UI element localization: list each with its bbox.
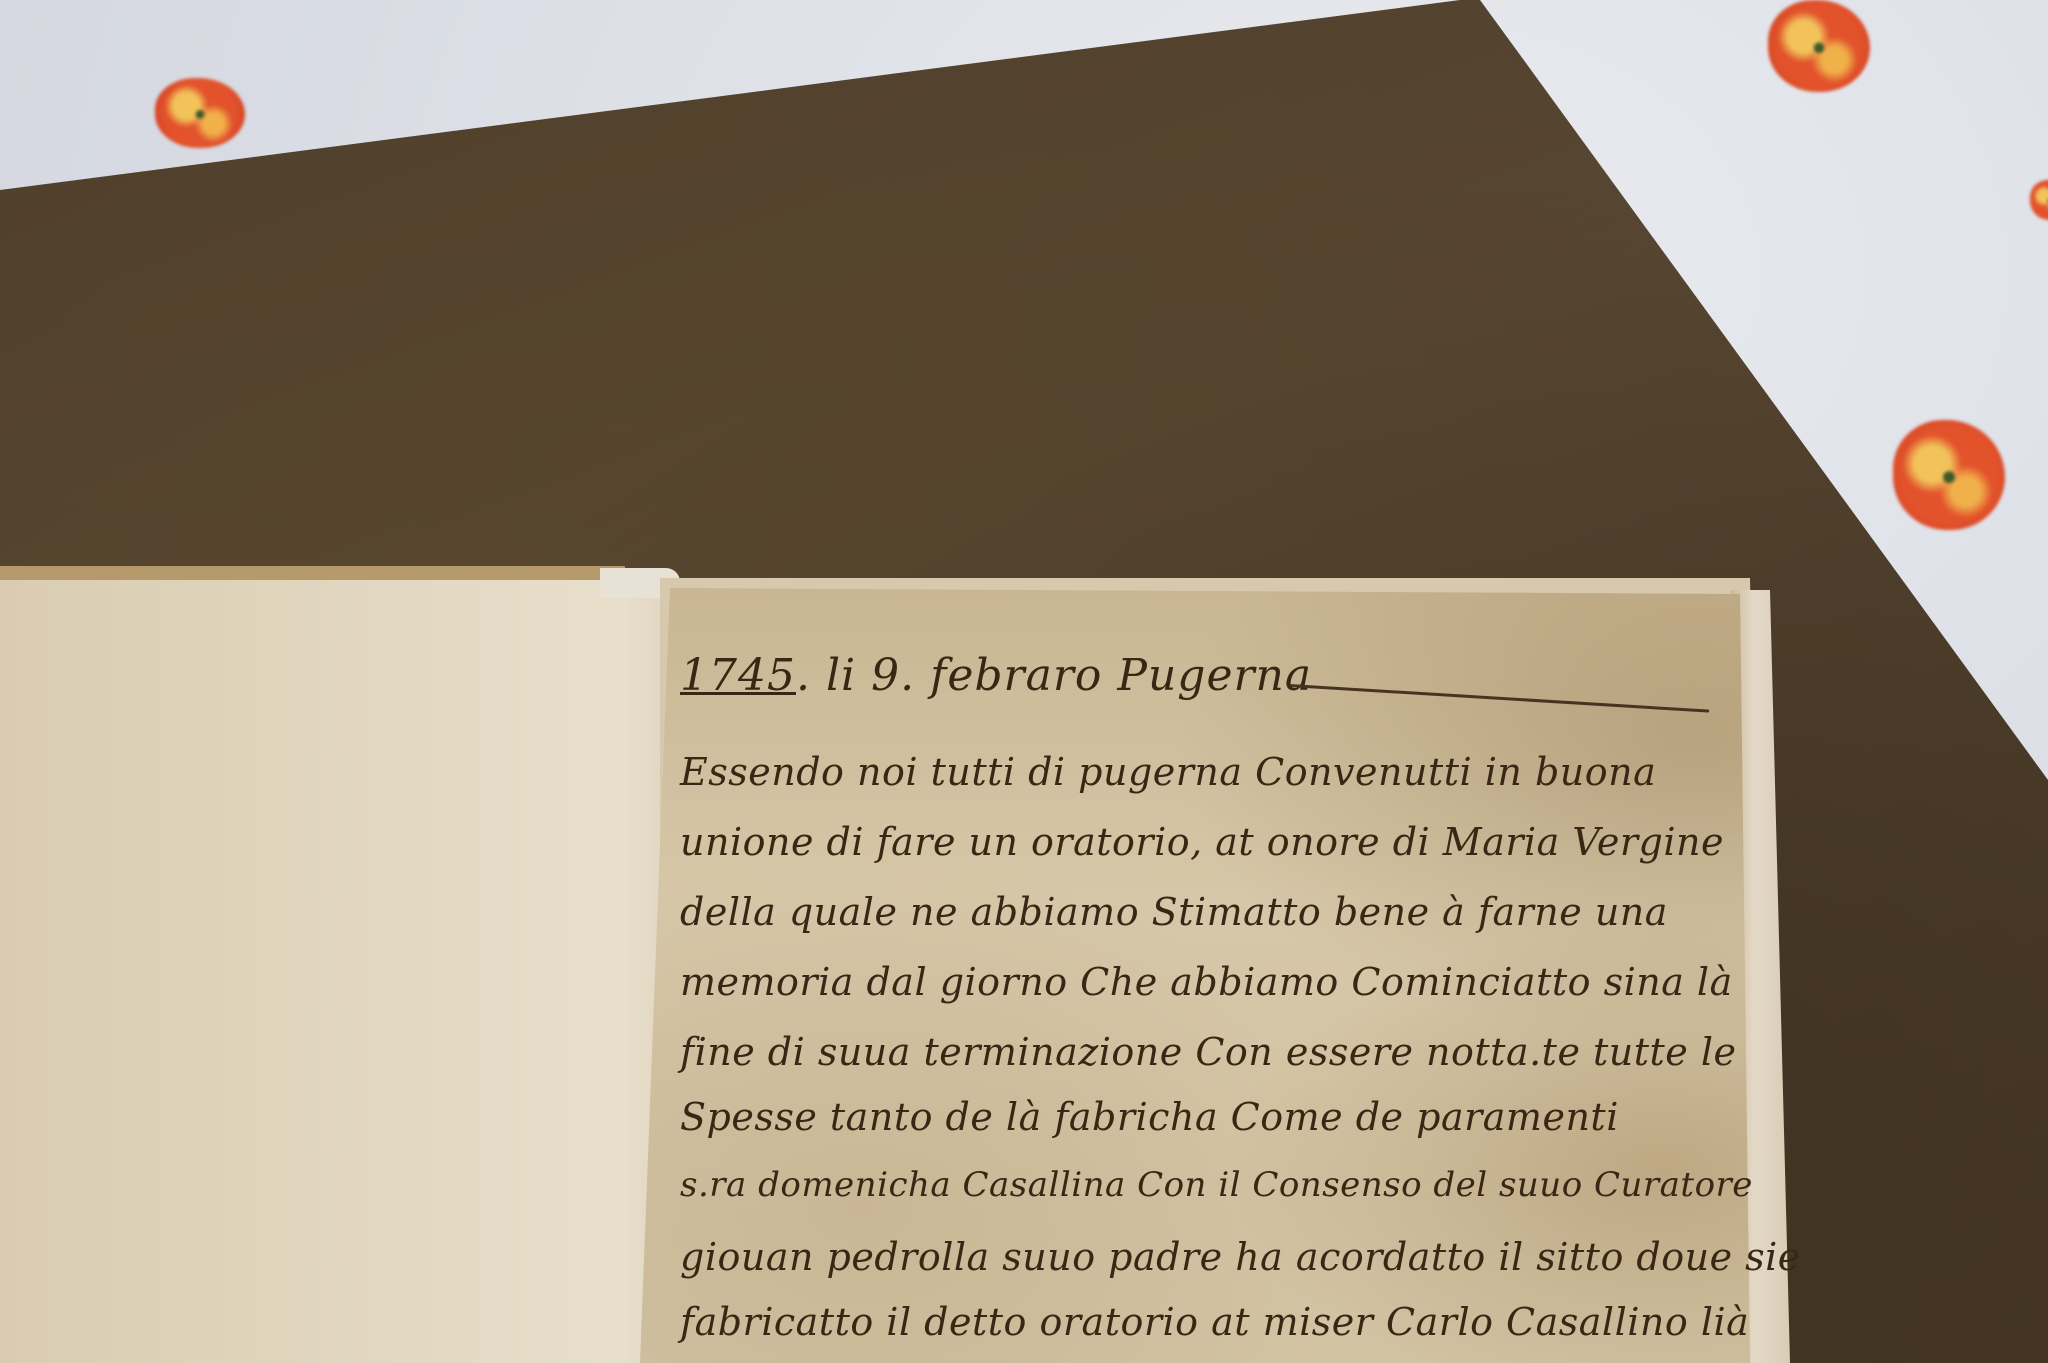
manuscript-line: giouan pedrolla suuo padre ha acordatto …: [680, 1235, 1801, 1279]
manuscript-line: Spesse tanto de là fabricha Come de para…: [680, 1095, 1619, 1139]
manuscript-heading: 1745. li 9. febraro Pugerna: [680, 650, 1312, 701]
tomato-print: [1768, 0, 1870, 92]
manuscript-line: fine di suua terminazione Con essere not…: [680, 1030, 1737, 1074]
manuscript-line: Essendo noi tutti di pugerna Convenutti …: [680, 750, 1656, 794]
manuscript-line: unione di fare un oratorio, at onore di …: [680, 820, 1724, 864]
blank-left-page: [0, 580, 690, 1363]
manuscript-line: memoria dal giorno Che abbiamo Cominciat…: [680, 960, 1733, 1004]
tomato-print: [1893, 420, 2005, 530]
manuscript-line: della quale ne abbiamo Stimatto bene à f…: [680, 890, 1668, 934]
tomato-print: [155, 78, 245, 148]
year: 1745: [680, 650, 796, 701]
manuscript-line: fabricatto il detto oratorio at miser Ca…: [680, 1300, 1749, 1344]
manuscript-line: s.ra domenicha Casallina Con il Consenso…: [680, 1165, 1753, 1205]
date-place: li 9. febraro Pugerna: [826, 650, 1312, 701]
